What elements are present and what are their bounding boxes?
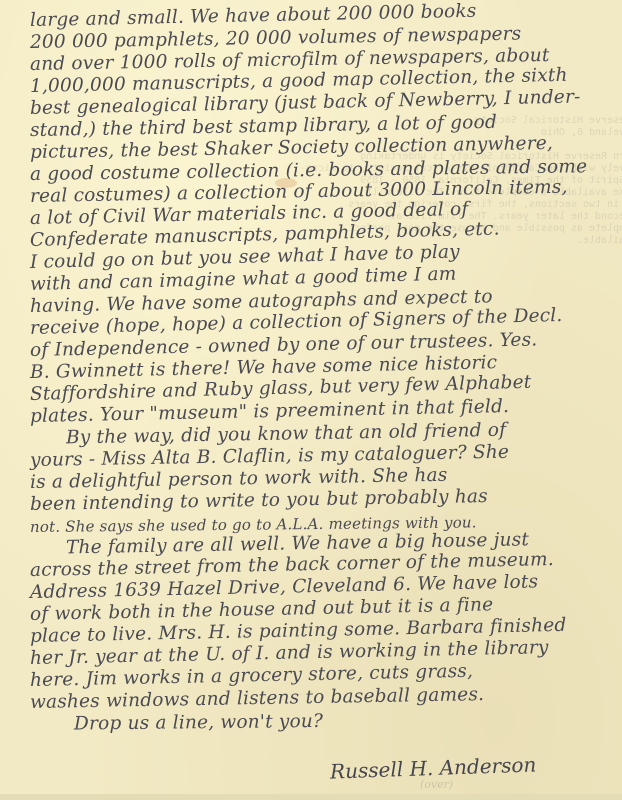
letter-page: Western Reserve Historical Society Cleve… bbox=[0, 0, 622, 800]
handwritten-body: large and small. We have about 200 000 b… bbox=[30, 10, 610, 736]
letter-line: Drop us a line, won't you? bbox=[30, 708, 610, 736]
faint-note-over: (over) bbox=[420, 778, 453, 791]
